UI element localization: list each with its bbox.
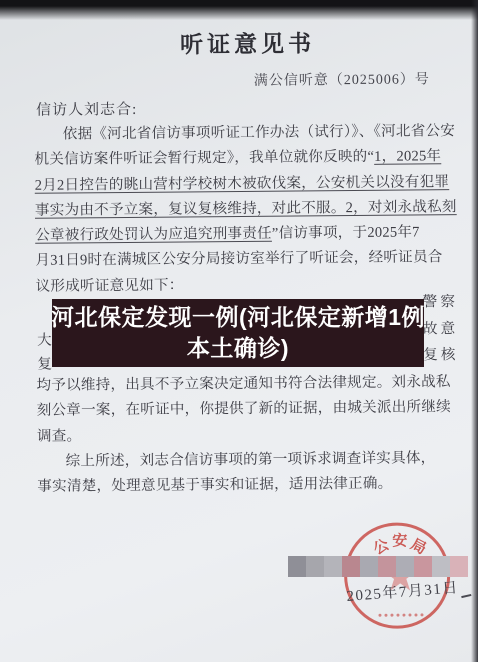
document-number: 满公信听意（2025006）号 [254, 68, 430, 90]
pen-mark [461, 594, 471, 598]
document-text-line: 公章被行政处罚认为应追究刑事责任”信访事项，于2025年7 [35, 220, 465, 249]
obscured-text-fragment: 警察 [423, 290, 458, 311]
news-banner-text-line2: 本土确诊) [187, 333, 289, 364]
document-title: 听证意见书 [0, 24, 476, 61]
document-text-line: 刻公章一案，在听证中，你提供了新的证据，由城关派出所继续 [37, 395, 467, 424]
document-text-line: 调查。 [37, 421, 467, 450]
body-paragraph-2: 均予以维持，出具不予立案决定通知书符合法律规定。刘永战私刻公章一案，在听证中，你… [36, 370, 467, 450]
document-text-line: 月31日9时在满城区公安分局接访室举行了听证会，经听证员合 [35, 246, 465, 275]
seal-bottom-text-marks [371, 613, 429, 617]
photo-top-edge-shadow [0, 0, 478, 20]
document-text-line: 事实清楚，处理意见基于事实和证据，适用法律正确。 [37, 471, 467, 500]
document-text-line: 2月2日控告的眺山营村学校树木被砍伐案，公安机关以没有犯罪 [35, 170, 465, 199]
document-text-line: 事实为由不予立案，复议复核维持，对此不服。2，对刘永战私刻 [35, 195, 465, 224]
document-text-line: 依据《河北省信访事项听证工作办法（试行）》、《河北省公安 [34, 119, 464, 148]
pixelated-censor-bar [288, 556, 468, 577]
news-banner: 河北保定发现一例(河北保定新增1例 本土确诊) [52, 299, 424, 367]
document-text-line: 议形成听证意见如下： [35, 271, 465, 300]
obscured-text-fragment: 故意 [423, 317, 458, 338]
news-banner-text-line1: 河北保定发现一例(河北保定新增1例 [52, 302, 424, 333]
document-text-line: 综上所述，刘志合信访事项的第一项诉求调查详实具体， [37, 446, 467, 475]
seal-arc-character: 安 [392, 530, 408, 551]
document-text-line: 均予以维持，出具不予立案决定通知书符合法律规定。刘永战私 [36, 370, 466, 399]
obscured-text-fragment: 复核 [423, 343, 458, 364]
photo-of-document: { "photo": { "paper_color": "#eaecef", "… [0, 0, 478, 662]
document-text-line: 机关信访案件听证会暂行规定》，我单位就你反映的“1，2025年 [34, 144, 464, 173]
photo-right-edge-shadow [471, 0, 478, 662]
addressee-line: 信访人刘志合: [36, 98, 137, 120]
body-paragraph-1: 依据《河北省信访事项听证工作办法（试行）》、《河北省公安机关信访案件听证会暂行规… [34, 119, 466, 300]
closing-paragraph: 综上所述，刘志合信访事项的第一项诉求调查详实具体，事实清楚，处理意见基于事实和证… [37, 446, 467, 500]
